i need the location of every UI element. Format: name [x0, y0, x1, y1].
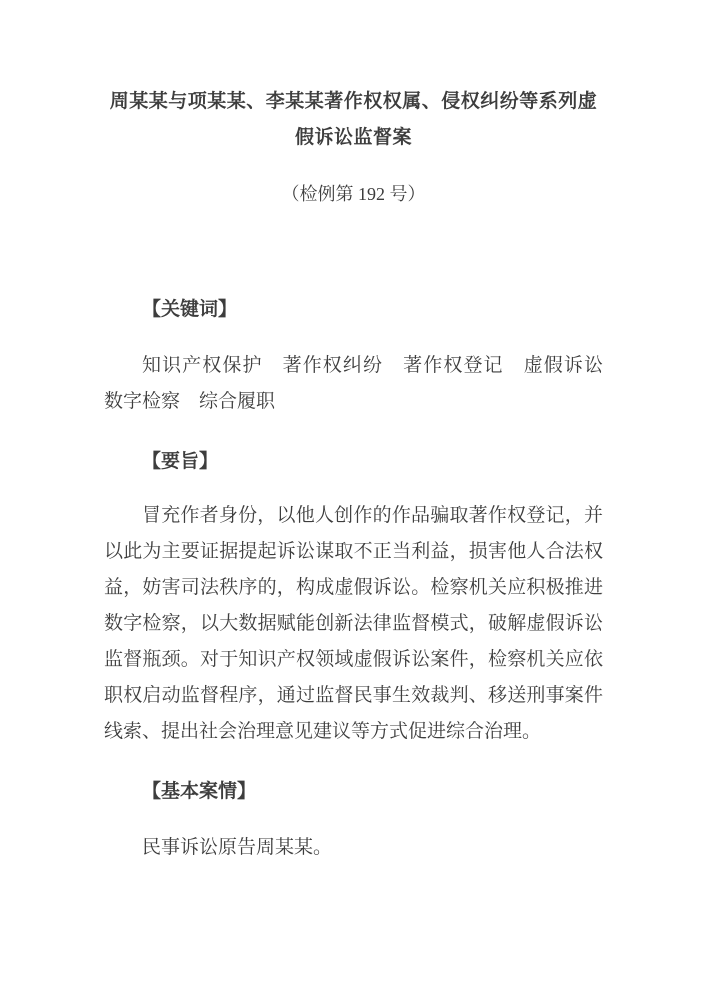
document-page: 周某某与项某某、李某某著作权权属、侵权纠纷等系列虚假诉讼监督案 （检例第 192… [0, 0, 707, 999]
case-number: （检例第 192 号） [104, 176, 603, 212]
section-heading-keywords: 【关键词】 [104, 292, 603, 328]
section-heading-basic-facts: 【基本案情】 [104, 774, 603, 810]
section-heading-summary: 【要旨】 [104, 444, 603, 480]
summary-text: 冒充作者身份，以他人创作的作品骗取著作权登记，并以此为主要证据提起诉讼谋取不正当… [104, 498, 603, 750]
keywords-text: 知识产权保护 著作权纠纷 著作权登记 虚假诉讼 数字检察 综合履职 [104, 348, 603, 420]
document-title: 周某某与项某某、李某某著作权权属、侵权纠纷等系列虚假诉讼监督案 [104, 84, 603, 156]
basic-facts-text: 民事诉讼原告周某某。 [104, 830, 603, 866]
